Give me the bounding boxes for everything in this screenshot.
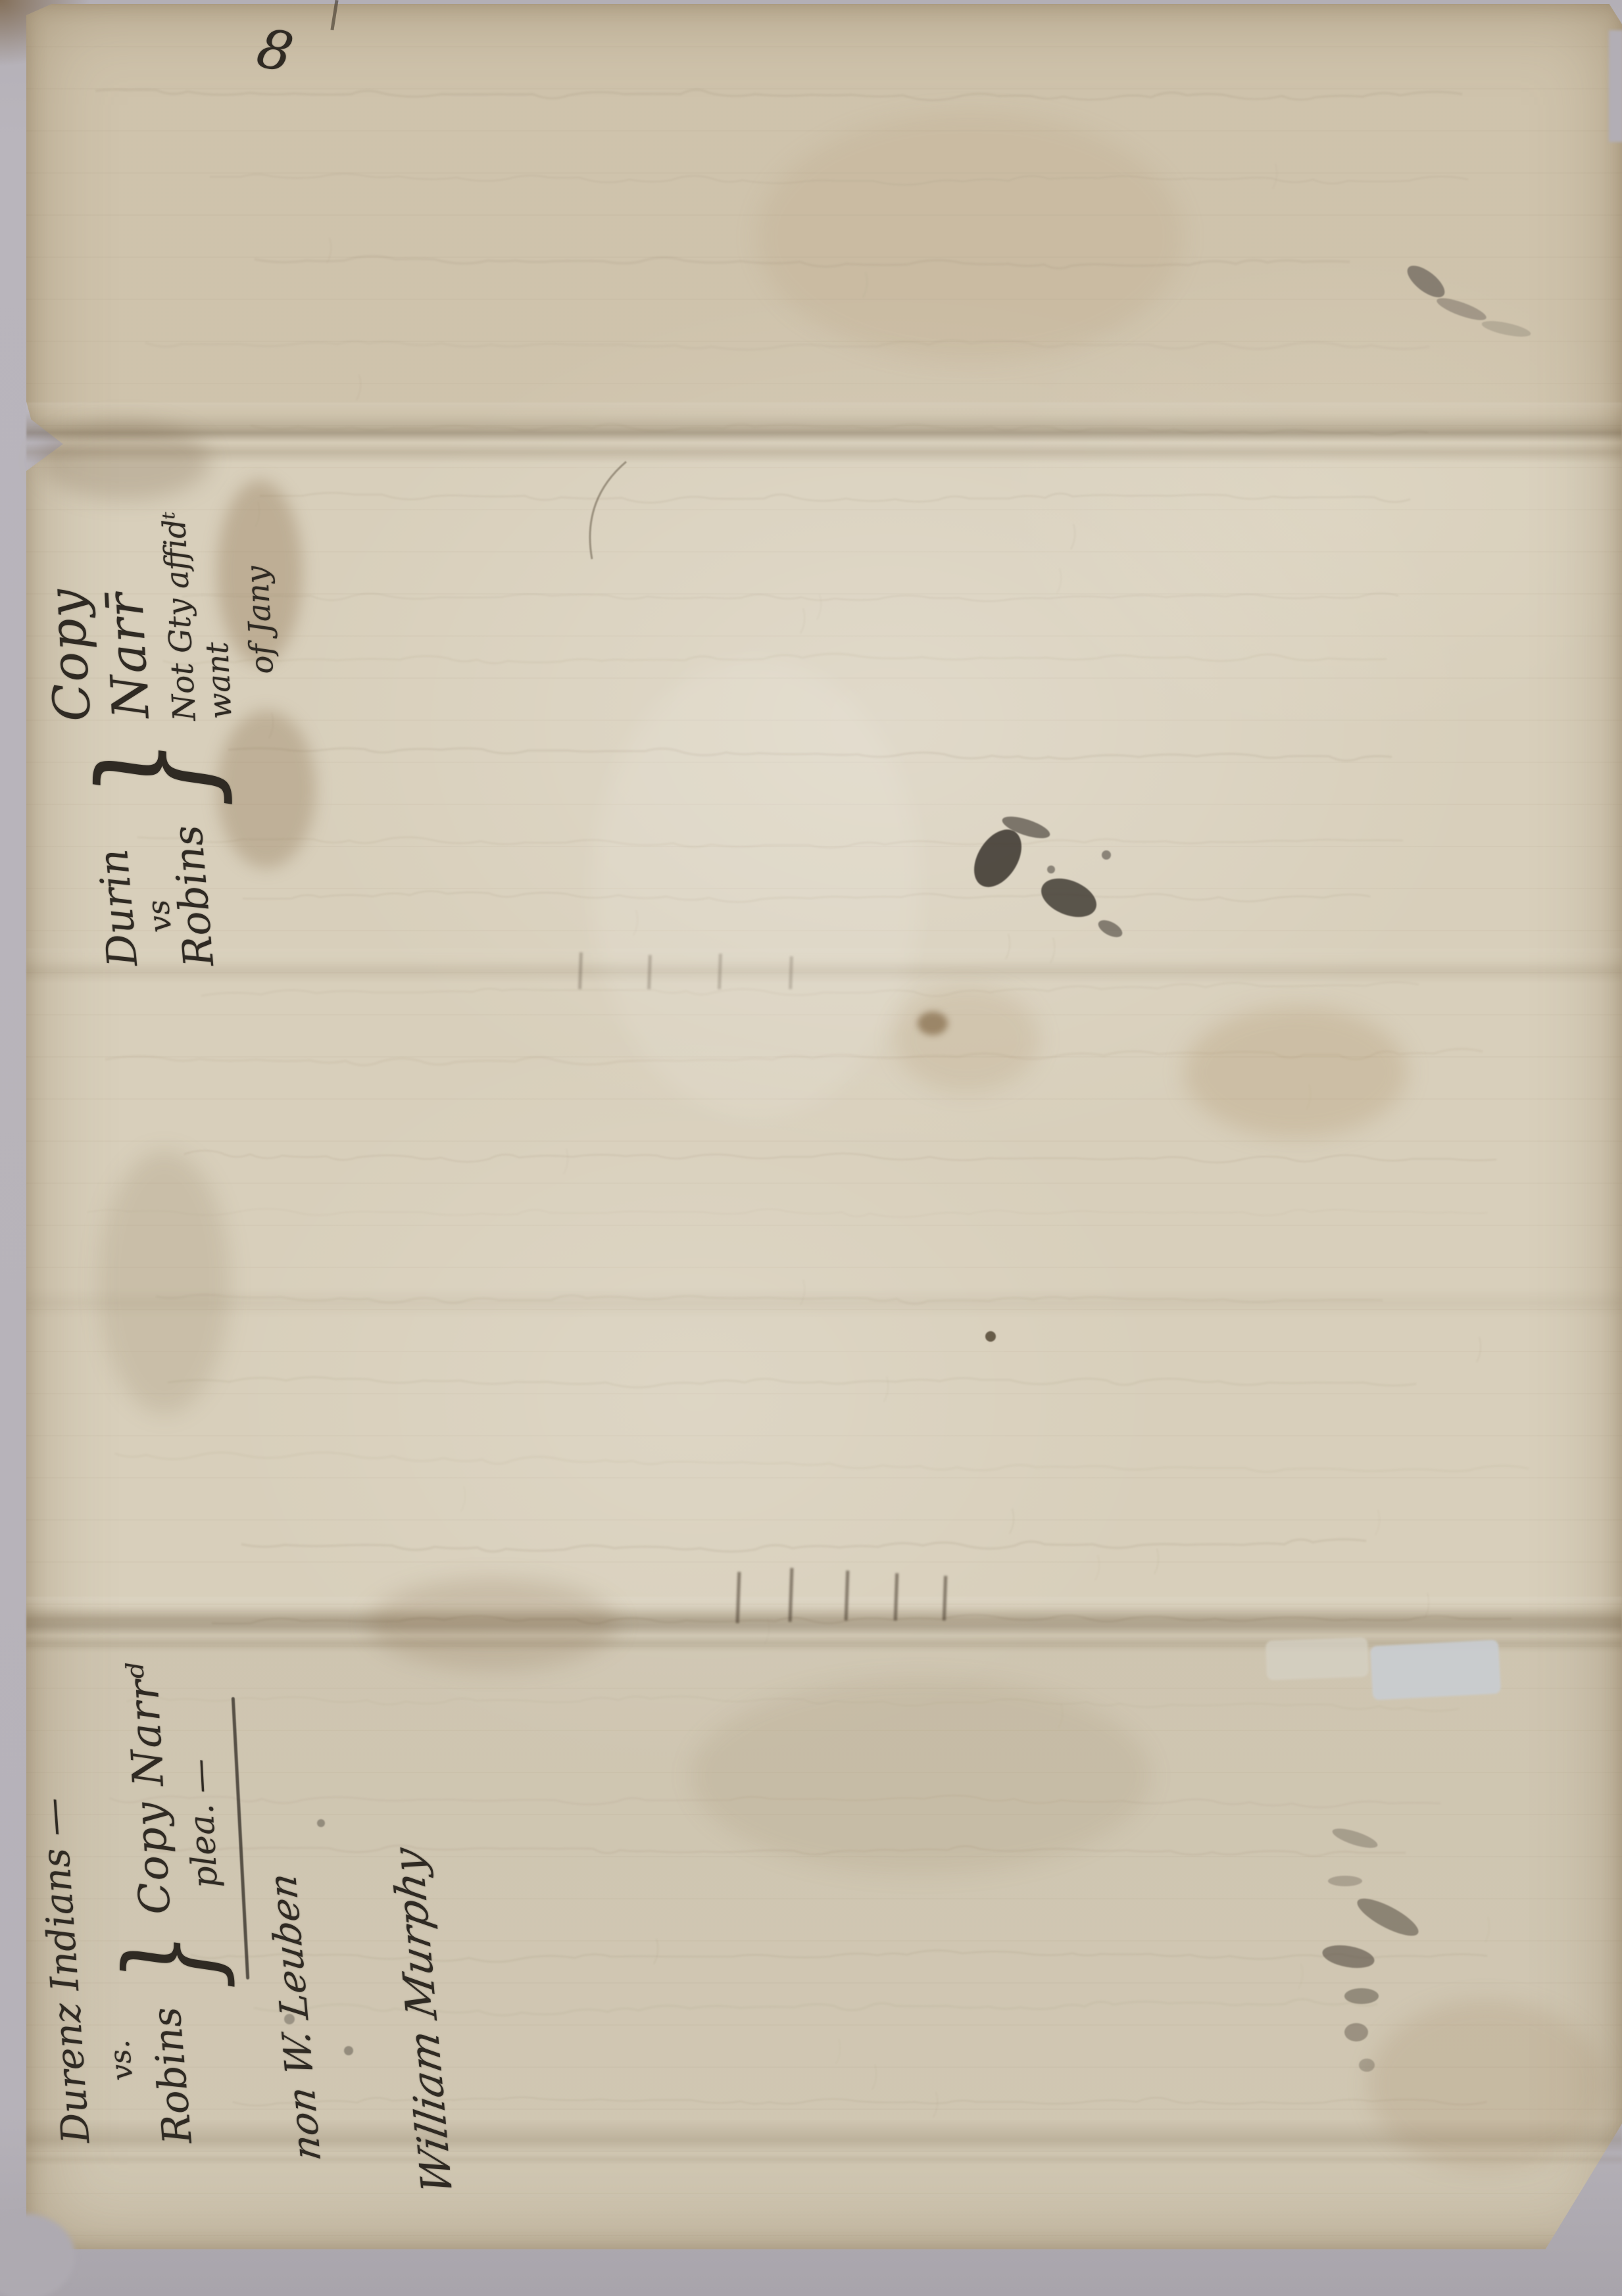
photographed-document-scene: 8 Durin vs Robins } Copy Narr̄ Not Gty a… — [0, 0, 1622, 2296]
docket-brace: } — [68, 737, 243, 808]
upper-docket-note-primary: Copy Narr̄ — [29, 445, 160, 723]
lower-docket-note-primary: Copy Narrᵈ — [118, 1659, 180, 1915]
upper-docket-note-secondary: Not Gty affidᵗ want — [153, 445, 239, 721]
lower-docket-defendant: Robins — [143, 2005, 201, 2146]
docket-brace: } — [99, 1932, 244, 1990]
lower-docket-note-secondary: plea. — — [174, 1659, 225, 1889]
signature-block-2: William Murphy — [391, 1677, 523, 2190]
upper-docket-defendant: Robins — [166, 823, 222, 968]
signature-block-1: non W. Leuben — [266, 1736, 378, 2157]
upper-docket-block: Durin vs Robins } Copy Narr̄ Not Gty aff… — [36, 447, 306, 967]
upper-docket-note-tertiary: of Jany — [233, 447, 281, 675]
